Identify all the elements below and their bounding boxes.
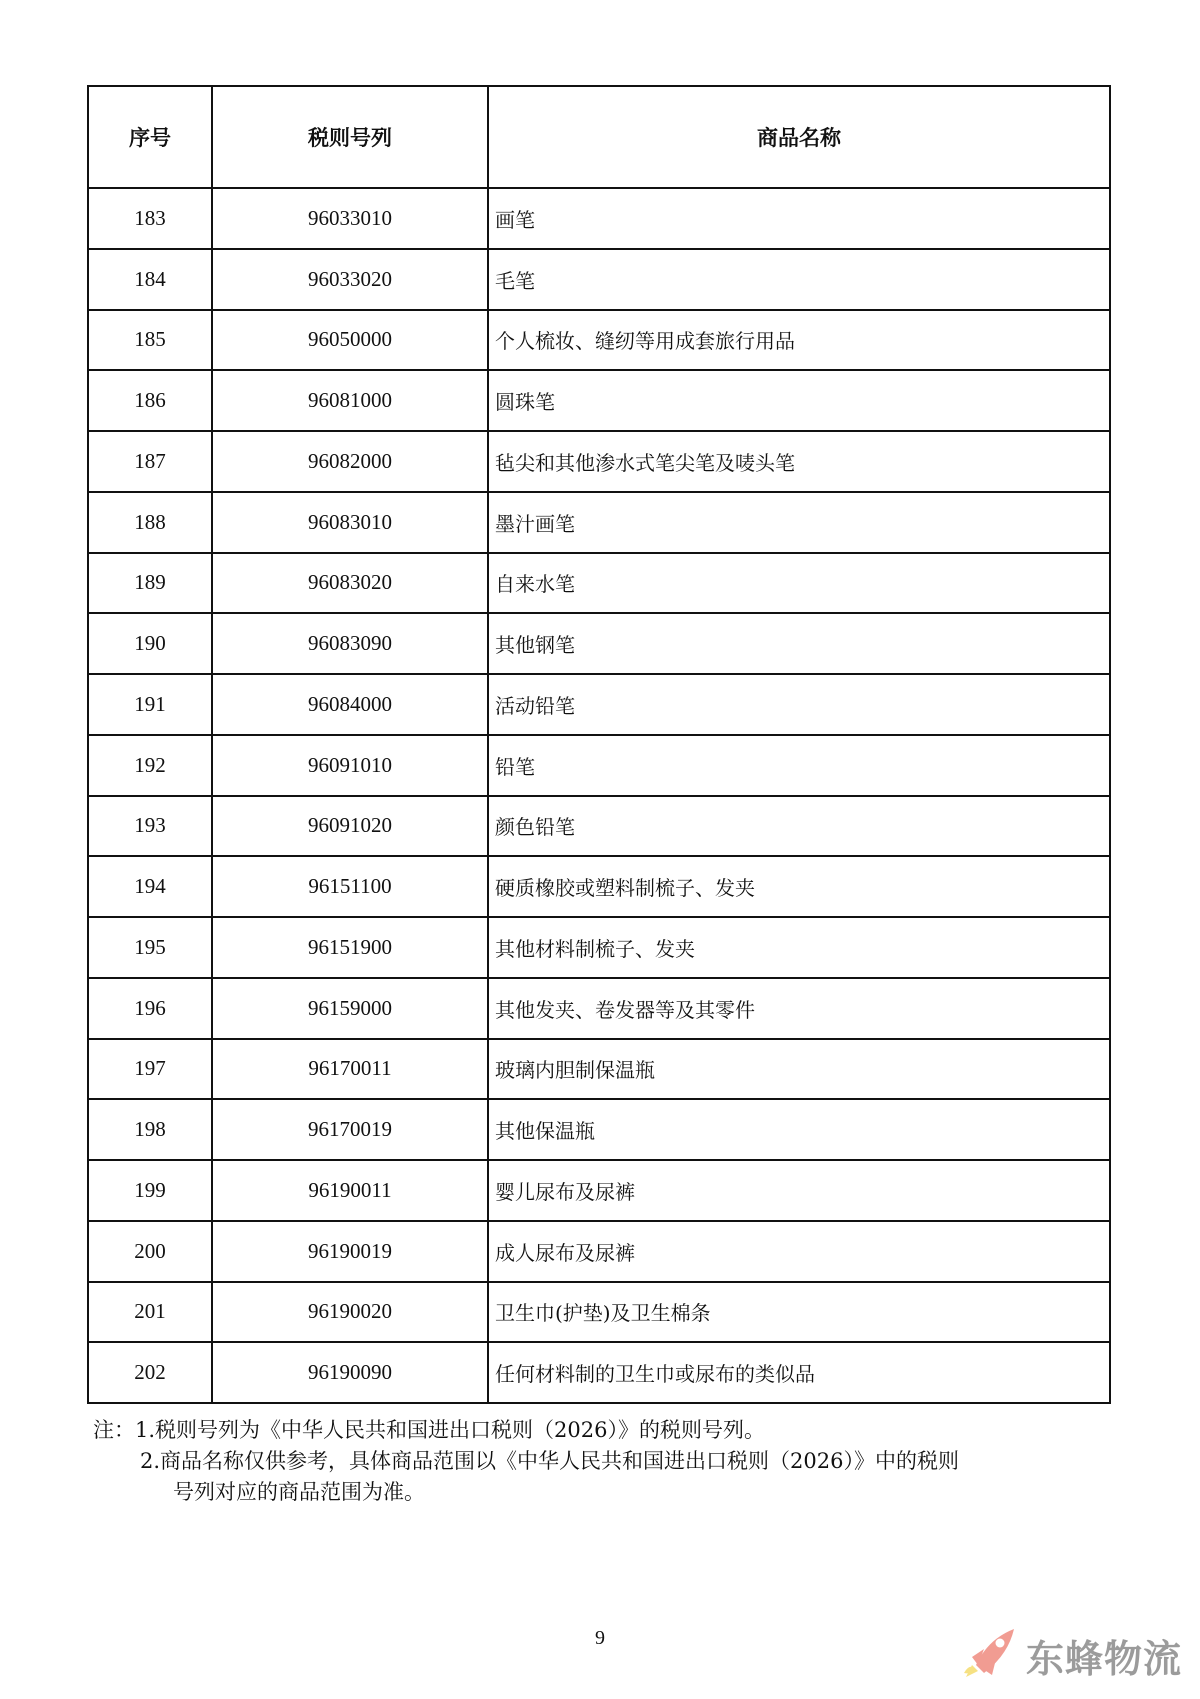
- cell-name: 其他材料制梳子、发夹: [488, 917, 1110, 978]
- header-code: 税则号列: [212, 86, 488, 188]
- table-notes: 注：1.税则号列为《中华人民共和国进出口税则（2026）》的税则号列。 2.商品…: [93, 1415, 1113, 1508]
- cell-seq: 196: [88, 978, 212, 1039]
- cell-code: 96190019: [212, 1221, 488, 1282]
- cell-code: 96083090: [212, 613, 488, 674]
- cell-name: 其他钢笔: [488, 613, 1110, 674]
- cell-seq: 190: [88, 613, 212, 674]
- cell-code: 96084000: [212, 674, 488, 735]
- cell-code: 96170019: [212, 1099, 488, 1160]
- cell-name: 玻璃内胆制保温瓶: [488, 1039, 1110, 1100]
- table-row: 19496151100硬质橡胶或塑料制梳子、发夹: [88, 856, 1110, 917]
- table-row: 19896170019其他保温瓶: [88, 1099, 1110, 1160]
- watermark-text: 东蜂物流: [1026, 1628, 1182, 1683]
- table-row: 19796170011玻璃内胆制保温瓶: [88, 1039, 1110, 1100]
- cell-code: 96033010: [212, 188, 488, 249]
- tariff-table: 序号 税则号列 商品名称 18396033010画笔 18496033020毛笔…: [87, 85, 1111, 1404]
- cell-code: 96190090: [212, 1342, 488, 1403]
- table-row: 18996083020自来水笔: [88, 553, 1110, 614]
- table-row: 19696159000其他发夹、卷发器等及其零件: [88, 978, 1110, 1039]
- cell-code: 96050000: [212, 310, 488, 371]
- cell-code: 96081000: [212, 370, 488, 431]
- cell-code: 96083020: [212, 553, 488, 614]
- cell-code: 96091010: [212, 735, 488, 796]
- cell-name: 颜色铅笔: [488, 796, 1110, 857]
- cell-name: 个人梳妆、缝纫等用成套旅行用品: [488, 310, 1110, 371]
- table-row: 19996190011婴儿尿布及尿裤: [88, 1160, 1110, 1221]
- cell-seq: 183: [88, 188, 212, 249]
- cell-name: 画笔: [488, 188, 1110, 249]
- cell-name: 成人尿布及尿裤: [488, 1221, 1110, 1282]
- page-number: 9: [590, 1627, 610, 1650]
- cell-name: 其他保温瓶: [488, 1099, 1110, 1160]
- table-row: 20196190020卫生巾(护垫)及卫生棉条: [88, 1282, 1110, 1343]
- cell-seq: 195: [88, 917, 212, 978]
- table-row: 18696081000圆珠笔: [88, 370, 1110, 431]
- cell-code: 96170011: [212, 1039, 488, 1100]
- cell-seq: 189: [88, 553, 212, 614]
- note-2-continued: 号列对应的商品范围为准。: [93, 1477, 1113, 1508]
- cell-name: 自来水笔: [488, 553, 1110, 614]
- cell-code: 96190020: [212, 1282, 488, 1343]
- cell-seq: 186: [88, 370, 212, 431]
- cell-seq: 188: [88, 492, 212, 553]
- cell-seq: 200: [88, 1221, 212, 1282]
- cell-code: 96151100: [212, 856, 488, 917]
- cell-name: 其他发夹、卷发器等及其零件: [488, 978, 1110, 1039]
- table-header-row: 序号 税则号列 商品名称: [88, 86, 1110, 188]
- table-row: 18896083010墨汁画笔: [88, 492, 1110, 553]
- cell-code: 96091020: [212, 796, 488, 857]
- cell-name: 墨汁画笔: [488, 492, 1110, 553]
- cell-name: 任何材料制的卫生巾或尿布的类似品: [488, 1342, 1110, 1403]
- cell-code: 96151900: [212, 917, 488, 978]
- cell-seq: 193: [88, 796, 212, 857]
- table-row: 19296091010铅笔: [88, 735, 1110, 796]
- cell-name: 卫生巾(护垫)及卫生棉条: [488, 1282, 1110, 1343]
- cell-seq: 187: [88, 431, 212, 492]
- cell-seq: 199: [88, 1160, 212, 1221]
- cell-seq: 194: [88, 856, 212, 917]
- cell-name: 活动铅笔: [488, 674, 1110, 735]
- table-row: 19596151900其他材料制梳子、发夹: [88, 917, 1110, 978]
- rocket-icon: [958, 1625, 1022, 1685]
- note-1: 注：1.税则号列为《中华人民共和国进出口税则（2026）》的税则号列。: [93, 1415, 1113, 1446]
- table-row: 19396091020颜色铅笔: [88, 796, 1110, 857]
- cell-seq: 191: [88, 674, 212, 735]
- cell-code: 96159000: [212, 978, 488, 1039]
- table-row: 19096083090其他钢笔: [88, 613, 1110, 674]
- cell-seq: 184: [88, 249, 212, 310]
- cell-name: 铅笔: [488, 735, 1110, 796]
- cell-code: 96190011: [212, 1160, 488, 1221]
- cell-name: 毡尖和其他渗水式笔尖笔及唛头笔: [488, 431, 1110, 492]
- cell-code: 96082000: [212, 431, 488, 492]
- table-row: 20096190019成人尿布及尿裤: [88, 1221, 1110, 1282]
- cell-seq: 185: [88, 310, 212, 371]
- cell-code: 96083010: [212, 492, 488, 553]
- table-row: 20296190090任何材料制的卫生巾或尿布的类似品: [88, 1342, 1110, 1403]
- table-row: 18596050000个人梳妆、缝纫等用成套旅行用品: [88, 310, 1110, 371]
- table-row: 19196084000活动铅笔: [88, 674, 1110, 735]
- table-row: 18396033010画笔: [88, 188, 1110, 249]
- cell-code: 96033020: [212, 249, 488, 310]
- cell-name: 毛笔: [488, 249, 1110, 310]
- watermark-logo: 东蜂物流: [958, 1625, 1182, 1685]
- table-row: 18496033020毛笔: [88, 249, 1110, 310]
- cell-seq: 201: [88, 1282, 212, 1343]
- header-seq: 序号: [88, 86, 212, 188]
- cell-name: 婴儿尿布及尿裤: [488, 1160, 1110, 1221]
- cell-seq: 198: [88, 1099, 212, 1160]
- cell-seq: 197: [88, 1039, 212, 1100]
- note-2: 2.商品名称仅供参考，具体商品范围以《中华人民共和国进出口税则（2026）》中的…: [93, 1446, 1113, 1477]
- cell-seq: 192: [88, 735, 212, 796]
- cell-name: 硬质橡胶或塑料制梳子、发夹: [488, 856, 1110, 917]
- header-name: 商品名称: [488, 86, 1110, 188]
- cell-name: 圆珠笔: [488, 370, 1110, 431]
- table-row: 18796082000毡尖和其他渗水式笔尖笔及唛头笔: [88, 431, 1110, 492]
- cell-seq: 202: [88, 1342, 212, 1403]
